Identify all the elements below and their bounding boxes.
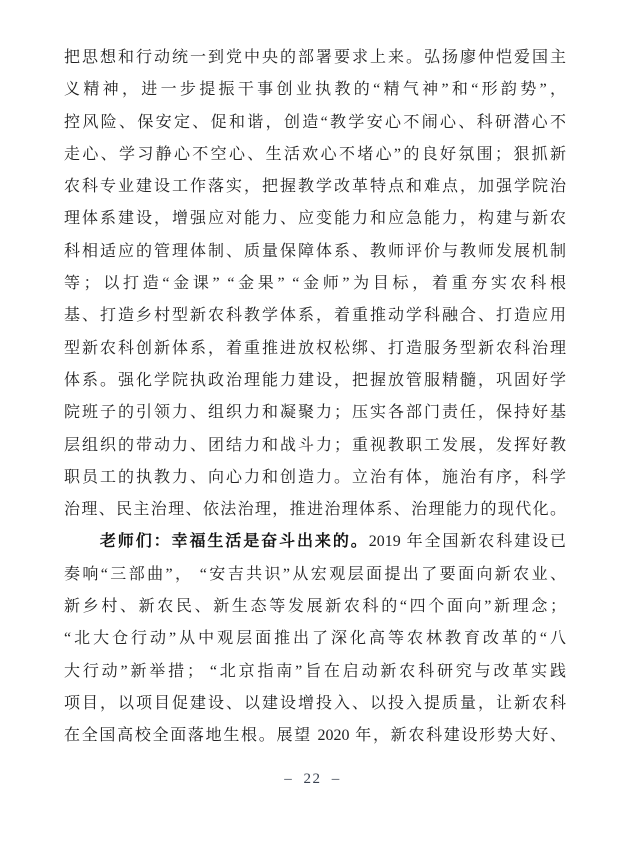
body-text-segment: 理体系建设，增强应对能力、应变能力和应急能力，构建与新农 [64,210,566,227]
page-number: – 22 – [0,771,625,788]
body-text-segment: 在全国高校全面落地生根。展望 2020 年，新农科建设形势大好、 [64,727,566,744]
text-line: 职员工的执教力、向心力和创造力。立治有体，施治有序，科学 [64,462,566,494]
text-line: 科相适应的管理体制、质量保障体系、教师评价与教师发展机制 [64,236,566,268]
text-line: 治理、民主治理、依法治理，推进治理体系、治理能力的现代化。 [64,494,566,526]
text-line: 新乡村、新农民、新生态等发展新农科的“四个面向”新理念； [64,591,566,623]
text-line: 在全国高校全面落地生根。展望 2020 年，新农科建设形势大好、 [64,720,566,752]
text-line: 型新农科创新体系，着重推进放权松绑、打造服务型新农科治理 [64,333,566,365]
text-line: 走心、学习静心不空心、生活欢心不堵心”的良好氛围；狠抓新 [64,139,566,171]
text-line: 体系。强化学院执政治理能力建设，把握放管服精髓，巩固好学 [64,365,566,397]
body-text-segment: 职员工的执教力、向心力和创造力。立治有体，施治有序，科学 [64,469,566,486]
document-body: 把思想和行动统一到党中央的部署要求上来。弘扬廖仲恺爱国主义精神，进一步提振干事创… [64,42,566,753]
text-line: 项目，以项目促建设、以建设增投入、以投入提质量，让新农科 [64,688,566,720]
body-text-segment: 等；以打造“金课” “金果” “金师”为目标，着重夯实农科根 [64,275,566,292]
body-text-segment: 基、打造乡村型新农科教学体系，着重推动学科融合、打造应用 [64,307,566,324]
text-line: 层组织的带动力、团结力和战斗力；重视教职工发展，发挥好教 [64,430,566,462]
text-line: 义精神，进一步提振干事创业执教的“精气神”和“形韵势”， [64,74,566,106]
text-line: 理体系建设，增强应对能力、应变能力和应急能力，构建与新农 [64,203,566,235]
body-text-segment: 控风险、保安定、促和谐，创造“教学安心不闹心、科研潜心不 [64,114,566,131]
body-text-segment: 奏响“三部曲”， “安吉共识”从宏观层面提出了要面向新农业、 [64,566,566,583]
text-line: 大行动”新举措； “北京指南”旨在启动新农科研究与改革实践 [64,656,566,688]
body-text-segment: 院班子的引领力、组织力和凝聚力；压实各部门责任，保持好基 [64,404,566,421]
body-text-segment: 2019 年全国新农科建设已 [369,533,566,550]
body-text-segment: 项目，以项目促建设、以建设增投入、以投入提质量，让新农科 [64,695,566,712]
document-page: 把思想和行动统一到党中央的部署要求上来。弘扬廖仲恺爱国主义精神，进一步提振干事创… [0,0,625,848]
body-text-segment: 新乡村、新农民、新生态等发展新农科的“四个面向”新理念； [64,598,566,615]
body-text-segment: 科相适应的管理体制、质量保障体系、教师评价与教师发展机制 [64,243,566,260]
text-line: 把思想和行动统一到党中央的部署要求上来。弘扬廖仲恺爱国主 [64,42,566,74]
text-line: 等；以打造“金课” “金果” “金师”为目标，着重夯实农科根 [64,268,566,300]
text-line: 院班子的引领力、组织力和凝聚力；压实各部门责任，保持好基 [64,397,566,429]
body-text-segment: 把思想和行动统一到党中央的部署要求上来。弘扬廖仲恺爱国主 [64,49,566,66]
body-text-segment: 走心、学习静心不空心、生活欢心不堵心”的良好氛围；狠抓新 [64,146,566,163]
body-text-segment: 层组织的带动力、团结力和战斗力；重视教职工发展，发挥好教 [64,437,566,454]
body-text-segment: 体系。强化学院执政治理能力建设，把握放管服精髓，巩固好学 [64,372,566,389]
text-line: “北大仓行动”从中观层面推出了深化高等农林教育改革的“八 [64,623,566,655]
text-line: 基、打造乡村型新农科教学体系，着重推动学科融合、打造应用 [64,300,566,332]
text-line: 农科专业建设工作落实，把握教学改革特点和难点，加强学院治 [64,171,566,203]
body-text-segment: 治理、民主治理、依法治理，推进治理体系、治理能力的现代化。 [64,501,566,518]
body-text-segment: 型新农科创新体系，着重推进放权松绑、打造服务型新农科治理 [64,340,566,357]
text-line: 老师们：幸福生活是奋斗出来的。2019 年全国新农科建设已 [64,526,566,558]
body-text-segment: “北大仓行动”从中观层面推出了深化高等农林教育改革的“八 [64,630,566,647]
text-line: 奏响“三部曲”， “安吉共识”从宏观层面提出了要面向新农业、 [64,559,566,591]
body-text-segment: 大行动”新举措； “北京指南”旨在启动新农科研究与改革实践 [64,663,566,680]
body-text-segment: 农科专业建设工作落实，把握教学改革特点和难点，加强学院治 [64,178,566,195]
emphasis-text: 老师们：幸福生活是奋斗出来的。 [64,533,369,550]
body-text-segment: 义精神，进一步提振干事创业执教的“精气神”和“形韵势”， [64,81,566,98]
text-line: 控风险、保安定、促和谐，创造“教学安心不闹心、科研潜心不 [64,107,566,139]
